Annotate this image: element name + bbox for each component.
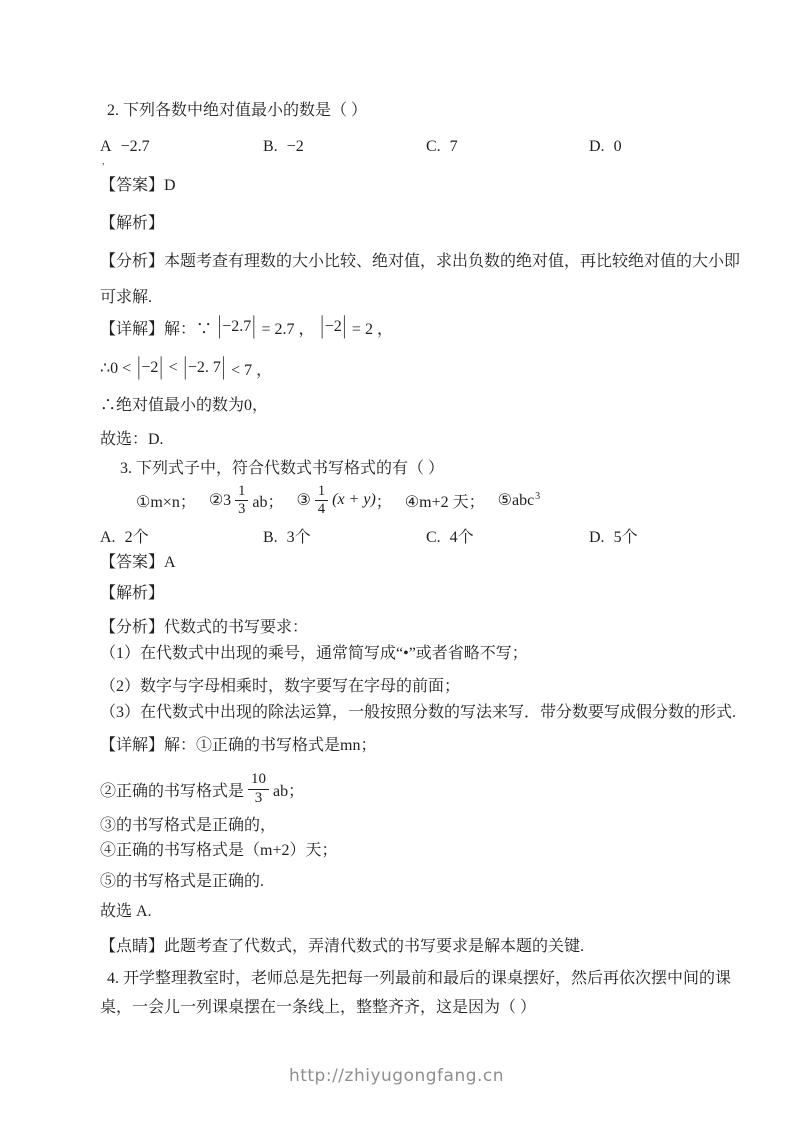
q3-answer-label: 【答案】: [100, 554, 164, 571]
abs-content: −2. 7: [188, 359, 221, 377]
fraction-ten-thirds: 103: [248, 771, 269, 807]
q2-option-c: C.7: [426, 138, 458, 156]
q2-option-b-label: B.: [263, 138, 278, 155]
q3-note: 【点睛】此题考查了代数式，弄清代数式的书写要求是解本题的关键.: [100, 937, 584, 956]
fraction-denominator: 4: [315, 501, 328, 518]
q2-analysis-line2: 可求解.: [100, 288, 152, 307]
document-page: 2. 下列各数中绝对值最小的数是（ ） A−2.7 B.−2 C.7 D.0 ,…: [0, 0, 793, 1122]
q3-expr-4: ④m+2 天；: [405, 489, 485, 512]
q3-option-d: D.5个: [589, 524, 638, 547]
q2-analysis-line1: 【分析】本题考查有理数的大小比较、绝对值，求出负数的绝对值，再比较绝对值的大小即: [100, 252, 740, 271]
q3-rule-2: （2）数字与字母相乘时，数字要写在字母的前面；: [100, 677, 460, 696]
abs-bar: |: [221, 354, 226, 382]
q3-rule-1: （1）在代数式中出现的乘号，通常简写成“•”或者省略不写；: [100, 644, 528, 663]
q3-expr-1: ①m×n；: [136, 489, 196, 512]
q2-conclusion: ∴绝对值最小的数为0，: [100, 396, 268, 415]
q2-detail-t1: 【详解】解：∵: [100, 316, 212, 339]
q3-expr-2-tail: ab；: [252, 489, 283, 512]
abs-bar: |: [217, 313, 222, 341]
q3-detail-item5: ⑤的书写格式是正确的.: [100, 872, 264, 891]
q3-expr-2: ②313ab；: [209, 483, 284, 517]
abs-content: −2: [141, 359, 158, 377]
q2-title: 2. 下列各数中绝对值最小的数是（ ）: [107, 101, 367, 120]
q2-detail-math-line2: ∴0 < |−2| < |−2. 7| < 7 ，: [100, 354, 277, 382]
q3-option-c-label: C.: [426, 529, 441, 546]
fraction-numerator: 1: [315, 483, 328, 501]
q3-option-b: B.3个: [263, 524, 311, 547]
q2-answer-label: 【答案】: [100, 177, 164, 194]
q3-answer-value: A: [164, 554, 176, 571]
fraction-numerator: 1: [235, 483, 248, 501]
q3-detail-head: 【详解】解：①正确的书写格式是mn；: [100, 736, 376, 755]
q3-expr-3-head: ③: [297, 490, 311, 510]
abs-content: −2: [325, 318, 342, 336]
q3-expressions-line: ①m×n； ②313ab； ③14(x + y)； ④m+2 天； ⑤abc3: [136, 477, 540, 523]
fraction-numerator: 10: [248, 771, 269, 789]
q3-expr-3: ③14(x + y)；: [297, 483, 392, 517]
q3-detail-item3: ③的书写格式是正确的，: [100, 816, 276, 835]
footer-watermark-url: http://zhiyugongfang.cn: [0, 1066, 793, 1086]
q3-detail-item2-tail: ab；: [273, 778, 304, 801]
q2-answer-value: D: [164, 177, 176, 194]
q2-option-c-value: 7: [450, 138, 458, 155]
q3-choose: 故选 A.: [100, 902, 152, 921]
abs-content: −2.7: [222, 318, 251, 336]
abs-bar: |: [251, 313, 256, 341]
abs-value-neg2point7: |−2. 7|: [183, 359, 226, 377]
q2-options-row: A−2.7 B.−2 C.7 D.0: [0, 138, 793, 160]
q3-detail-item2-text: ②正确的书写格式是: [100, 778, 244, 801]
q3-detail-item4: ④正确的书写格式是（m+2）天；: [100, 841, 337, 860]
q3-analysis-head: 【分析】代数式的书写要求：: [100, 618, 308, 637]
q2-option-d: D.0: [589, 138, 622, 156]
abs-value-neg2: |−2|: [136, 359, 163, 377]
q2-chain-t1: ∴0 <: [100, 358, 131, 378]
q3-option-d-label: D.: [589, 529, 605, 546]
q3-expr-3-semi: ；: [376, 489, 392, 512]
fraction-one-fourth: 14: [315, 483, 328, 517]
q3-expr-2-coef: ②3: [209, 490, 231, 510]
q3-option-c: C.4个: [426, 524, 474, 547]
q3-expr-5-exponent: 3: [535, 491, 540, 502]
abs-bar: |: [158, 354, 163, 382]
q3-title: 3. 下列式子中，符合代数式书写格式的有（ ）: [120, 459, 444, 478]
q3-option-d-value: 5个: [614, 529, 638, 546]
q3-answer-line: 【答案】A: [100, 553, 176, 572]
q2-option-a-label: A: [100, 138, 112, 155]
q2-choose: 故选：D.: [100, 430, 164, 449]
q2-jiexi-label: 【解析】: [100, 214, 164, 233]
q2-answer-line: 【答案】D: [100, 176, 176, 195]
q4-line1: 4. 开学整理教室时，老师总是先把每一列最前和最后的课桌摆好，然后再依次摆中间的…: [107, 969, 731, 988]
q3-expr-5: ⑤abc3: [498, 490, 541, 510]
q2-option-c-label: C.: [426, 138, 441, 155]
q3-option-c-value: 4个: [450, 529, 474, 546]
q3-option-b-label: B.: [263, 529, 278, 546]
q3-expr-3-paren: (x + y): [332, 491, 376, 509]
abs-bar: |: [342, 313, 347, 341]
q2-option-a-value: −2.7: [121, 138, 150, 155]
abs-bar: |: [183, 354, 188, 382]
q4-line2: 桌，一会儿一列课桌摆在一条线上，整整齐齐，这是因为（ ）: [100, 998, 536, 1017]
q3-expr-5-base: ⑤abc: [498, 492, 535, 509]
abs-value-neg2: |−2|: [319, 318, 346, 336]
q2-option-b: B.−2: [263, 138, 304, 156]
q2-chain-t3: < 7 ，: [231, 357, 272, 380]
q2-option-d-label: D.: [589, 138, 605, 155]
scan-artifact-dot: ,: [102, 155, 105, 167]
abs-bar: |: [319, 313, 324, 341]
q3-option-b-value: 3个: [287, 529, 311, 546]
q3-option-a: A.2个: [100, 524, 149, 547]
q3-jiexi-label: 【解析】: [100, 584, 164, 603]
abs-value-neg2point7: |−2.7|: [217, 318, 256, 336]
q2-detail-t2: = 2.7 ，: [261, 316, 314, 339]
q3-option-a-value: 2个: [125, 529, 149, 546]
q2-option-a: A−2.7: [100, 138, 150, 156]
q2-detail-t3: = 2 ，: [352, 316, 393, 339]
q3-options-row: A.2个 B.3个 C.4个 D.5个: [0, 524, 793, 546]
q2-option-d-value: 0: [614, 138, 622, 155]
q2-detail-math-line1: 【详解】解：∵ |−2.7| = 2.7 ， |−2| = 2 ，: [100, 313, 398, 341]
fraction-denominator: 3: [248, 790, 269, 807]
q3-option-a-label: A.: [100, 529, 116, 546]
abs-bar: |: [136, 354, 141, 382]
fraction-one-third: 13: [235, 483, 248, 517]
q2-option-b-value: −2: [287, 138, 304, 155]
q2-chain-t2: <: [169, 359, 178, 377]
q3-detail-item2-line: ②正确的书写格式是103ab；: [100, 766, 304, 812]
q3-rule-3: （3）在代数式中出现的除法运算，一般按照分数的写法来写．带分数要写成假分数的形式…: [100, 703, 736, 722]
fraction-denominator: 3: [235, 501, 248, 518]
